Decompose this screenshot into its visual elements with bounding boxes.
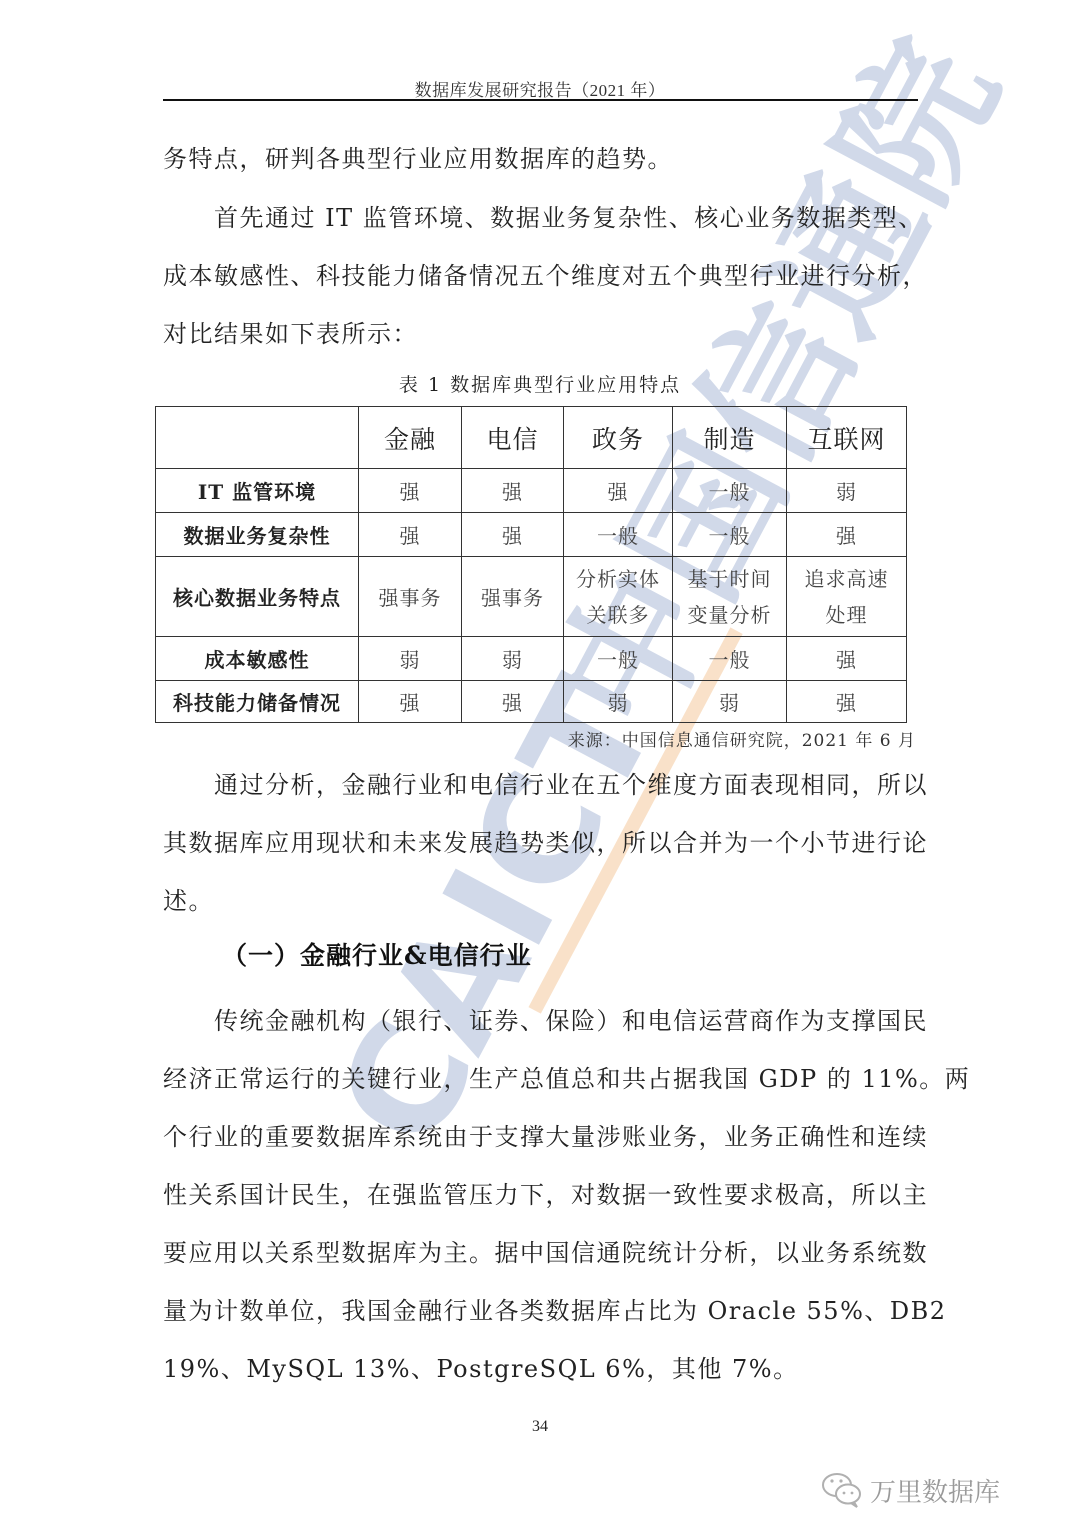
column-header: 政务	[564, 407, 673, 469]
table-cell: 强	[462, 513, 564, 557]
table-row: 科技能力储备情况 强 强 弱 弱 强	[156, 681, 907, 723]
table-cell: 弱	[564, 681, 673, 723]
table-cell: 强事务	[359, 557, 462, 637]
cell-line: 处理	[787, 597, 906, 633]
row-header: 数据业务复杂性	[156, 513, 359, 557]
table-cell: 追求高速 处理	[787, 557, 907, 637]
row-header: 科技能力储备情况	[156, 681, 359, 723]
table-row: 成本敏感性 弱 弱 一般 一般 强	[156, 637, 907, 681]
text-line: 对比结果如下表所示：	[163, 305, 918, 363]
text-line: 通过分析，金融行业和电信行业在五个维度方面表现相同，所以	[163, 756, 918, 814]
row-header: 核心数据业务特点	[156, 557, 359, 637]
table-row: 核心数据业务特点 强事务 强事务 分析实体 关联多 基于时间 变量分析 追求高速…	[156, 557, 907, 637]
industry-features-table: 金融 电信 政务 制造 互联网 IT 监管环境 强 强 强 一般 弱 数据业务复…	[155, 406, 907, 723]
row-header: IT 监管环境	[156, 469, 359, 513]
paragraph-finance: 传统金融机构（银行、证券、保险）和电信运营商作为支撑国民 经济正常运行的关键行业…	[163, 992, 918, 1398]
table-header-row: 金融 电信 政务 制造 互联网	[156, 407, 907, 469]
text-line: 19%、MySQL 13%、PostgreSQL 6%，其他 7%。	[163, 1340, 918, 1398]
table-cell: 弱	[359, 637, 462, 681]
row-header: 成本敏感性	[156, 637, 359, 681]
table-source-note: 来源：中国信息通信研究院，2021 年 6 月	[568, 726, 916, 751]
table-cell: 弱	[462, 637, 564, 681]
wechat-icon	[820, 1470, 864, 1510]
text-line: 其数据库应用现状和未来发展趋势类似，所以合并为一个小节进行论	[163, 814, 918, 872]
table-cell: 强	[359, 513, 462, 557]
table-cell: 强	[787, 513, 907, 557]
table-cell: 一般	[673, 637, 787, 681]
text-line: 要应用以关系型数据库为主。据中国信通院统计分析，以业务系统数	[163, 1224, 918, 1282]
table-cell: 强事务	[462, 557, 564, 637]
table-cell: 强	[564, 469, 673, 513]
paragraph-dimensions: 首先通过 IT 监管环境、数据业务复杂性、核心业务数据类型、 成本敏感性、科技能…	[163, 189, 918, 363]
wechat-account-name: 万里数据库	[870, 1472, 1000, 1509]
text-line: 述。	[163, 872, 918, 930]
cell-line: 基于时间	[673, 561, 786, 597]
table-cell: 基于时间 变量分析	[673, 557, 787, 637]
table-cell: 一般	[673, 513, 787, 557]
text-line: 首先通过 IT 监管环境、数据业务复杂性、核心业务数据类型、	[163, 189, 918, 247]
table-cell: 一般	[673, 469, 787, 513]
column-header: 互联网	[787, 407, 907, 469]
text-line: 个行业的重要数据库系统由于支撑大量涉账业务，业务正确性和连续	[163, 1108, 918, 1166]
table-cell: 强	[359, 681, 462, 723]
cell-line: 分析实体	[564, 561, 672, 597]
table-row: IT 监管环境 强 强 强 一般 弱	[156, 469, 907, 513]
text-line: 性关系国计民生，在强监管压力下，对数据一致性要求极高，所以主	[163, 1166, 918, 1224]
column-header: 金融	[359, 407, 462, 469]
text-line: 成本敏感性、科技能力储备情况五个维度对五个典型行业进行分析，	[163, 247, 918, 305]
table-cell: 强	[462, 469, 564, 513]
text-line: 经济正常运行的关键行业，生产总值总和共占据我国 GDP 的 11%。两	[163, 1050, 918, 1108]
column-header: 电信	[462, 407, 564, 469]
running-header: 数据库发展研究报告（2021 年）	[0, 76, 1080, 101]
wechat-account-watermark: 万里数据库	[820, 1470, 1000, 1510]
table-corner-cell	[156, 407, 359, 469]
page-number: 34	[0, 1418, 1080, 1436]
text-line: 务特点，研判各典型行业应用数据库的趋势。	[163, 130, 918, 188]
table-cell: 一般	[564, 513, 673, 557]
table-cell: 分析实体 关联多	[564, 557, 673, 637]
table-row: 数据业务复杂性 强 强 一般 一般 强	[156, 513, 907, 557]
paragraph-analysis: 通过分析，金融行业和电信行业在五个维度方面表现相同，所以 其数据库应用现状和未来…	[163, 756, 918, 930]
paragraph-intro-continued: 务特点，研判各典型行业应用数据库的趋势。	[163, 130, 918, 188]
cell-line: 关联多	[564, 597, 672, 633]
table-cell: 弱	[673, 681, 787, 723]
cell-line: 变量分析	[673, 597, 786, 633]
table-cell: 强	[787, 637, 907, 681]
table-cell: 强	[462, 681, 564, 723]
column-header: 制造	[673, 407, 787, 469]
text-line: 传统金融机构（银行、证券、保险）和电信运营商作为支撑国民	[163, 992, 918, 1050]
table-cell: 一般	[564, 637, 673, 681]
cell-line: 追求高速	[787, 561, 906, 597]
table-cell: 强	[359, 469, 462, 513]
table-caption: 表 1 数据库典型行业应用特点	[0, 370, 1080, 397]
text-line: 量为计数单位，我国金融行业各类数据库占比为 Oracle 55%、DB2	[163, 1282, 918, 1340]
table-cell: 弱	[787, 469, 907, 513]
table-cell: 强	[787, 681, 907, 723]
header-divider	[163, 99, 918, 101]
section-heading: （一）金融行业&电信行业	[222, 936, 532, 972]
